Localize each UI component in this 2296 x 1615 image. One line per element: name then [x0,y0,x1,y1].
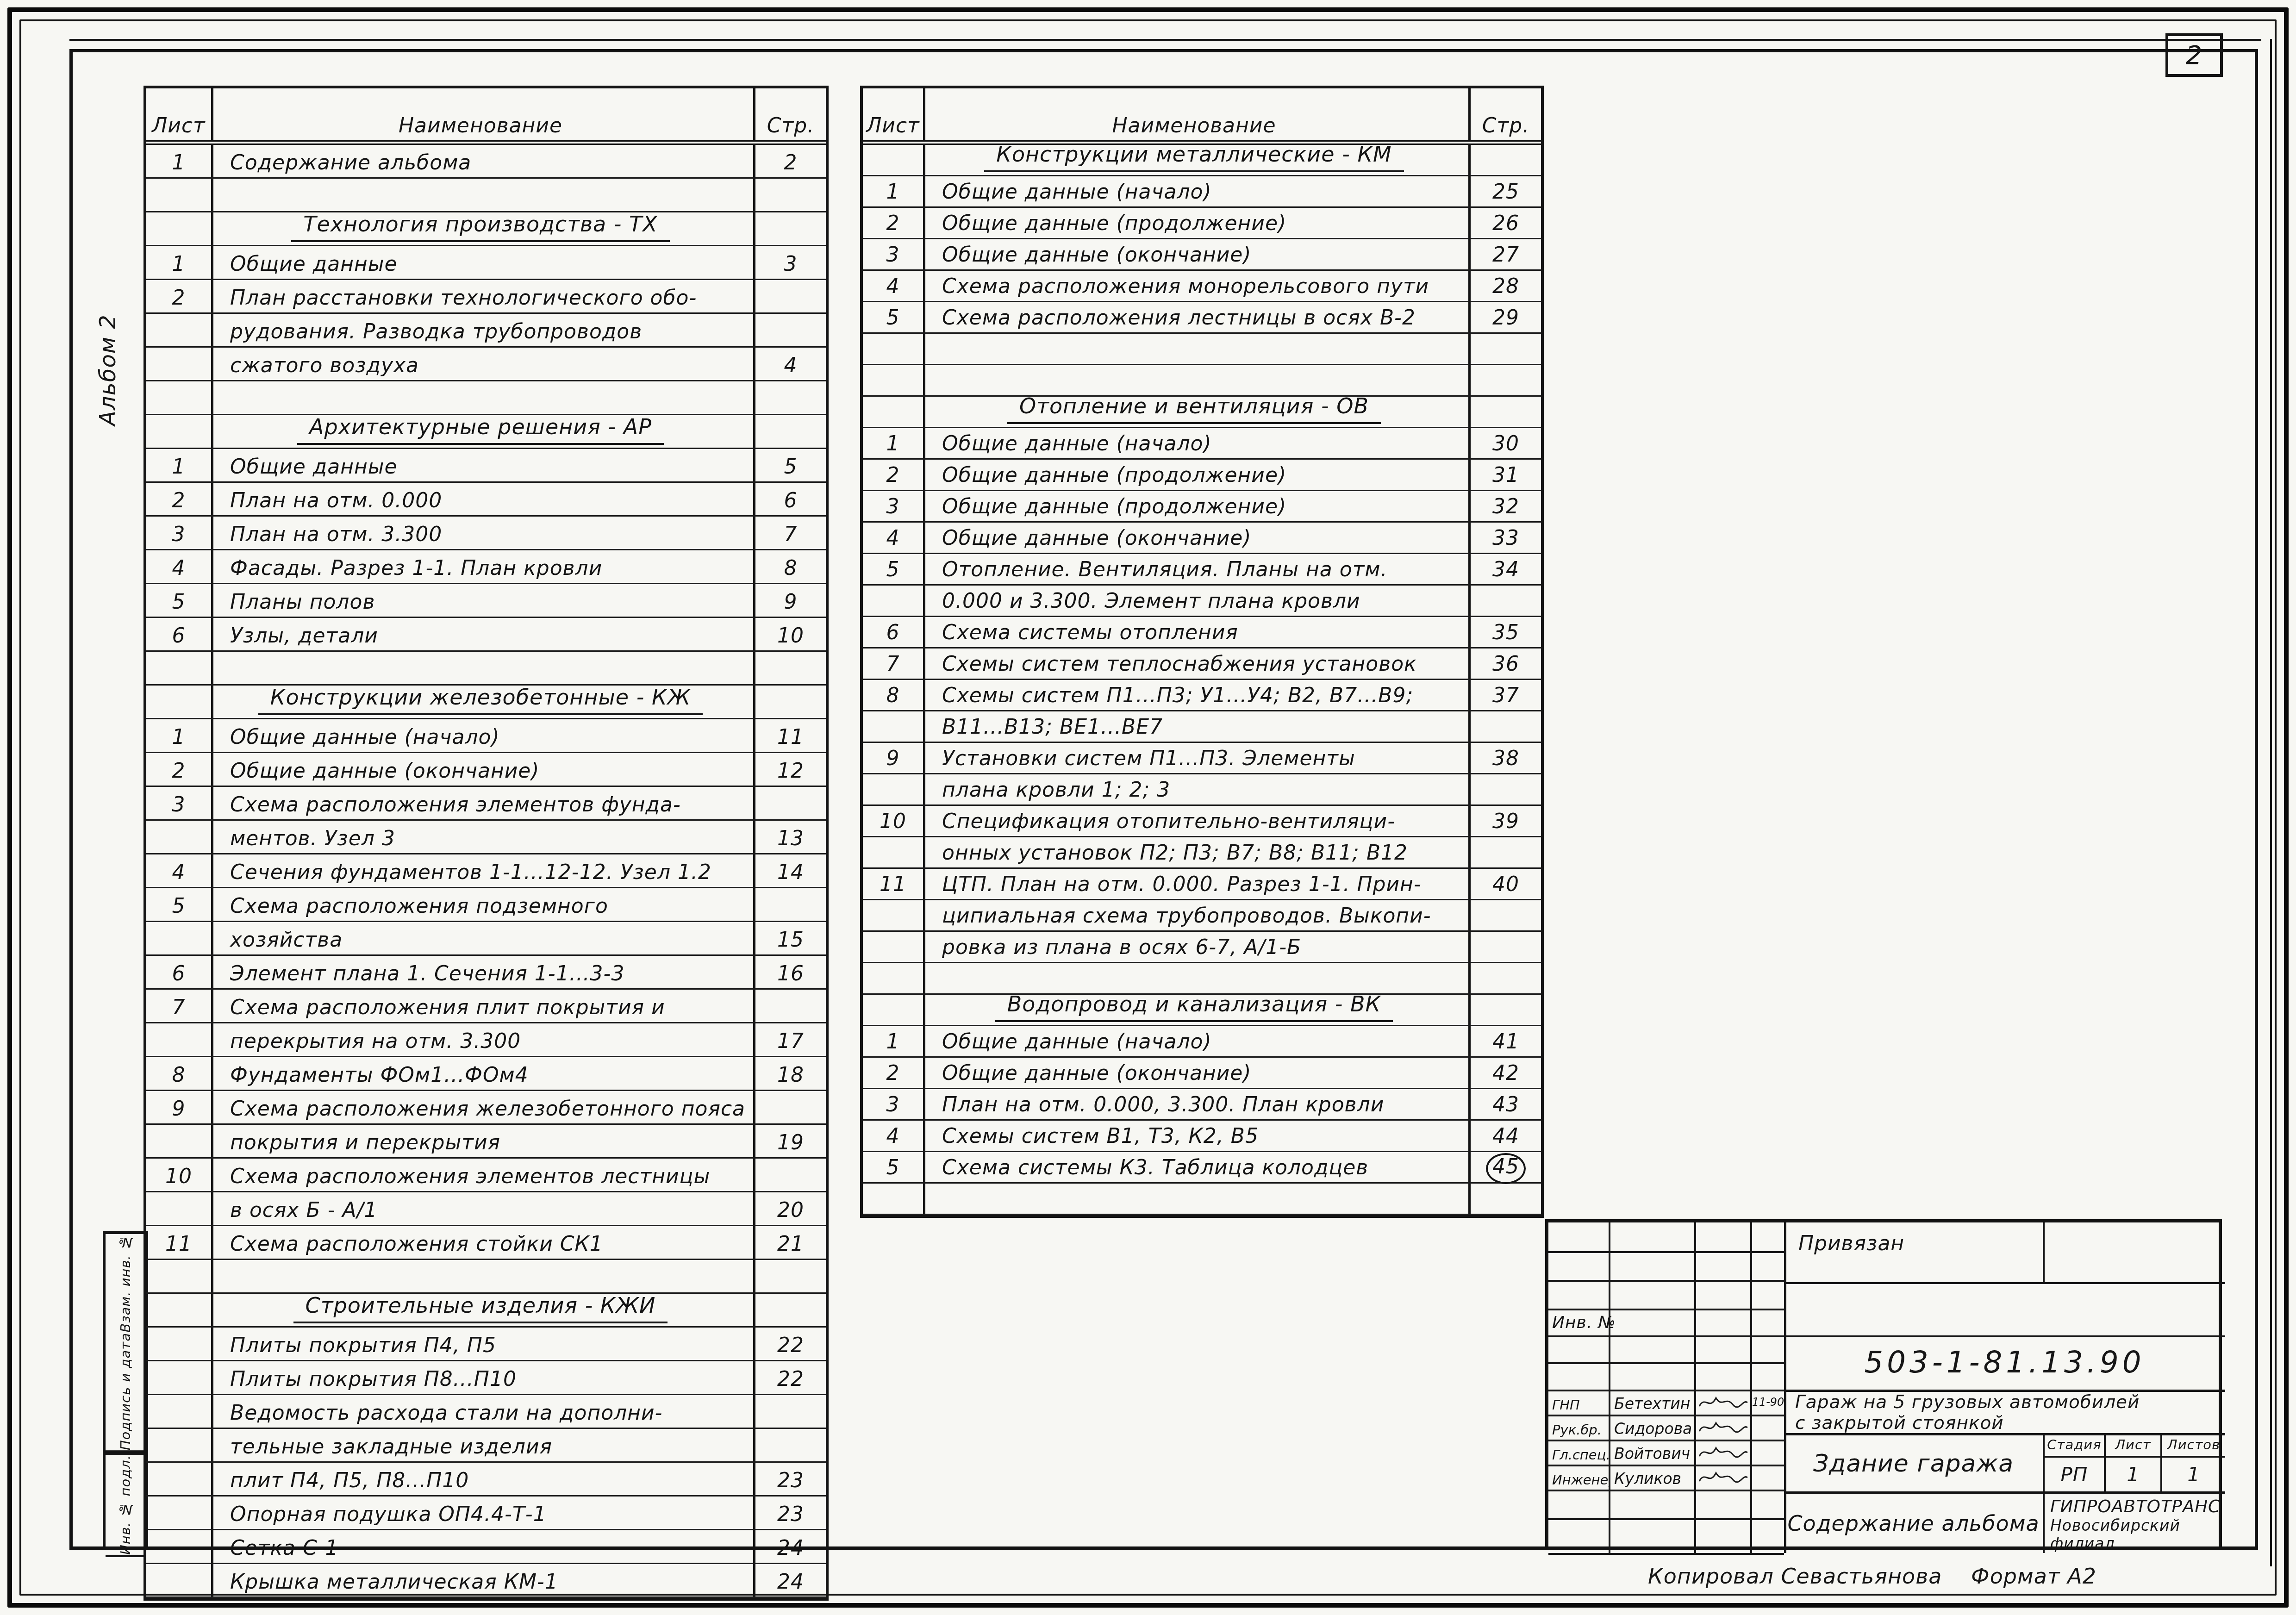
page-number-cell [1471,995,1541,1025]
page-number-cell [1471,837,1541,867]
toc-row: сжатого воздуха4 [146,348,826,381]
sheet-number-cell: 11 [146,1226,213,1259]
sheet-number-cell [863,711,925,742]
tb-doc-number: 503-1-81.13.90 [1784,1335,2225,1390]
tb-date-cell [1752,1335,1784,1362]
toc-row: 3Общие данные (продолжение)32 [863,491,1541,523]
entry-name-cell: ципиальная схема трубопроводов. Выкопи- [925,900,1471,930]
tb-stage-value: РП [2045,1458,2104,1491]
toc-row: ментов. Узел 313 [146,821,826,854]
tb-signature-cell [1696,1280,1752,1309]
toc-row: 1Общие данные3 [146,246,826,280]
tb-signature-cell [1696,1222,1752,1251]
toc-row: 4Сечения фундаментов 1-1...12-12. Узел 1… [146,854,826,888]
sheet-number-cell: 2 [863,460,925,490]
page-number-cell: 19 [755,1125,826,1157]
page-number-cell: 34 [1471,554,1541,584]
tb-role-cell [1548,1251,1610,1280]
page-number-cell [755,1294,826,1326]
toc-section-row: Водопровод и канализация - ВК [863,995,1541,1026]
entry-name-cell: Содержание альбома [213,145,755,177]
sheet-number-cell: 8 [863,680,925,710]
page-number-cell [755,415,826,448]
page-number-cell: 35 [1471,617,1541,647]
tb-grid-row [1548,1335,1784,1364]
stamp-label-podpis: Подпись и дата [106,1333,145,1453]
tb-name-cell: Сидорова [1610,1415,1696,1440]
section-title-cell: Конструкции железобетонные - КЖ [213,686,755,718]
page-number-cell: 45 [1471,1152,1541,1182]
toc-blank-row [146,179,826,212]
tb-stage-label: Стадия [2045,1433,2104,1456]
page-number-cell [755,888,826,921]
page-number-cell: 26 [1471,208,1541,238]
tb-role-cell: Рук.бр. [1548,1415,1610,1440]
entry-name-cell [925,365,1471,395]
toc-row: плит П4, П5, П8...П1023 [146,1463,826,1497]
page-number-cell: 39 [1471,806,1541,836]
sheet-number-cell: 4 [863,1121,925,1151]
tb-role-cell [1548,1490,1610,1518]
entry-name-cell: в осях Б - А/1 [213,1192,755,1225]
toc-row: 9Схема расположения железобетонного пояс… [146,1091,826,1125]
tb-name-cell [1610,1280,1696,1309]
signature-squiggle-icon [1697,1467,1749,1487]
signature-squiggle-icon [1697,1392,1749,1412]
tb-signature-cell [1696,1490,1752,1518]
page-number-cell: 11 [755,719,826,752]
sheet-number-cell [146,686,213,718]
tb-date-cell: 11-90 [1752,1390,1784,1415]
toc-blank-row [146,1260,826,1294]
page-number-cell: 17 [755,1023,826,1056]
sheet-number-cell [146,652,213,684]
page-number-box: 2 [2165,33,2223,77]
toc-row: 2Общие данные (окончание)42 [863,1058,1541,1089]
tb-role-cell [1548,1335,1610,1362]
sheet-number-cell: 4 [863,271,925,301]
page-number-cell: 4 [755,348,826,380]
toc-row: Крышка металлическая КМ-124 [146,1564,826,1598]
sheet-number-cell [146,1294,213,1326]
tb-grid-row [1548,1222,1784,1253]
toc-row: 5Планы полов9 [146,584,826,618]
sheet-number-cell [146,1328,213,1360]
sheet-number-cell: 9 [863,743,925,773]
sheet-number-cell: 3 [863,491,925,521]
toc-table-right: Лист Наименование Стр. Конструкции метал… [860,86,1544,1218]
entry-name-cell: онных установок П2; П3; В7; В8; В11; В12 [925,837,1471,867]
entry-name-cell: Отопление. Вентиляция. Планы на отм. [925,554,1471,584]
header-page: Стр. [1471,88,1541,140]
sheet-number-cell: 6 [146,618,213,650]
toc-section-row: Строительные изделия - КЖИ [146,1294,826,1328]
header-sheet: Лист [863,88,925,140]
toc-row: Опорная подушка ОП4.4-Т-123 [146,1497,826,1530]
sheet-number-cell [146,1192,213,1225]
entry-name-cell: Плиты покрытия П8...П10 [213,1361,755,1394]
entry-name-cell: рудования. Разводка трубопроводов [213,314,755,346]
entry-name-cell: Схема расположения плит покрытия и [213,990,755,1022]
entry-name-cell: Узлы, детали [213,618,755,650]
tb-line [2043,1222,2045,1282]
sheet-number-cell: 8 [146,1057,213,1090]
page-number-cell: 41 [1471,1026,1541,1056]
entry-name-cell: Схемы систем теплоснабжения установок [925,648,1471,679]
toc-row: плана кровли 1; 2; 3 [863,774,1541,806]
toc-row: 6Схема системы отопления35 [863,617,1541,648]
sheet-number-cell: 3 [146,787,213,819]
page-number-cell [1471,774,1541,804]
copy-note: Копировал Севастьянова Формат А2 [1648,1564,2096,1589]
entry-name-cell: Схемы систем П1...П3; У1...У4; В2, В7...… [925,680,1471,710]
page-number-cell [755,179,826,211]
entry-name-cell: Общие данные (окончание) [925,1058,1471,1088]
section-title-cell: Строительные изделия - КЖИ [213,1294,755,1326]
entry-name-cell: ровка из плана в осях 6-7, А/1-Б [925,932,1471,962]
entry-name-cell: Схема расположения железобетонного пояса [213,1091,755,1123]
toc-row: 11Схема расположения стойки СК121 [146,1226,826,1260]
section-title: Строительные изделия - КЖИ [293,1293,668,1323]
page-number-cell: 23 [755,1497,826,1529]
entry-name-cell [213,1260,755,1292]
sheet-number-cell: 5 [863,554,925,584]
tb-signature-cell [1696,1390,1752,1415]
tb-role-cell: Инженер [1548,1465,1610,1490]
page-number-cell [1471,145,1541,175]
toc-section-row: Архитектурные решения - АР [146,415,826,449]
entry-name-cell: Общие данные (окончание) [925,239,1471,269]
page-number-cell [1471,1184,1541,1214]
toc-row: Плиты покрытия П8...П1022 [146,1361,826,1395]
tb-date-cell [1752,1222,1784,1251]
header-name: Наименование [925,88,1471,140]
tb-signature-cell [1696,1309,1752,1335]
circled-page-number: 45 [1486,1153,1526,1184]
entry-name-cell: хозяйства [213,922,755,954]
page-number-cell: 44 [1471,1121,1541,1151]
toc-row: 6Элемент плана 1. Сечения 1-1...3-316 [146,956,826,990]
entry-name-cell: Общие данные (окончание) [925,523,1471,553]
entry-name-cell: перекрытия на отм. 3.300 [213,1023,755,1056]
page-number-cell: 20 [755,1192,826,1225]
sheet-number-cell: 2 [146,753,213,786]
toc-row: Ведомость расхода стали на дополни- [146,1395,826,1429]
sheet-number-cell: 2 [863,208,925,238]
page-number-cell [755,990,826,1022]
tb-date-cell [1752,1309,1784,1335]
entry-name-cell: плит П4, П5, П8...П10 [213,1463,755,1495]
entry-name-cell: Общие данные (окончание) [213,753,755,786]
section-title-cell: Технология производства - ТХ [213,212,755,245]
page-number-cell [755,652,826,684]
toc-row: в осях Б - А/120 [146,1192,826,1226]
page-number-cell: 13 [755,821,826,853]
toc-row: 8Схемы систем П1...П3; У1...У4; В2, В7..… [863,680,1541,711]
toc-row: 10Схема расположения элементов лестницы [146,1159,826,1192]
entry-name-cell: Схема расположения лестницы в осях В-2 [925,302,1471,332]
page-number-cell [1471,711,1541,742]
tb-date-cell [1752,1518,1784,1553]
page-number-cell: 21 [755,1226,826,1259]
toc-row: тельные закладные изделия [146,1429,826,1463]
page-number-cell: 8 [755,550,826,583]
tb-line [1784,1282,2225,1284]
stamp-label-vzam: Взам. инв. № [106,1234,145,1333]
entry-name-cell: План на отм. 3.300 [213,517,755,549]
page-number-cell: 27 [1471,239,1541,269]
entry-name-cell: Общие данные (продолжение) [925,460,1471,490]
toc-row: 1Содержание альбома2 [146,145,826,179]
sheet-number-cell: 3 [146,517,213,549]
entry-name-cell: Ведомость расхода стали на дополни- [213,1395,755,1428]
sheet-number-cell [146,1463,213,1495]
tb-linked-note: Привязан [1798,1232,1904,1255]
toc-section-row: Конструкции металлические - КМ [863,145,1541,176]
toc-row: 10Спецификация отопительно-вентиляци-39 [863,806,1541,837]
toc-row: 4Схема расположения монорельсового пути2… [863,271,1541,302]
frame-right-extra-line [2270,39,2272,1566]
sheet-number-cell [146,1361,213,1394]
page-number-cell: 42 [1471,1058,1541,1088]
entry-name-cell: Сечения фундаментов 1-1...12-12. Узел 1.… [213,854,755,887]
entry-name-cell [925,1184,1471,1214]
toc-row: 3План на отм. 3.3007 [146,517,826,550]
toc-section-row: Технология производства - ТХ [146,212,826,246]
sheet-number-cell: 6 [863,617,925,647]
entry-name-cell: плана кровли 1; 2; 3 [925,774,1471,804]
entry-name-cell [213,381,755,414]
toc-section-row: Конструкции железобетонные - КЖ [146,686,826,719]
sheet-number-cell: 5 [146,888,213,921]
sheet-number-cell [863,365,925,395]
sheet-number-cell [146,415,213,448]
toc-row: 2План расстановки технологического обо- [146,280,826,314]
tb-sheet-label: Лист [2106,1433,2160,1456]
page-number-cell [755,381,826,414]
sheet-number-cell: 1 [146,246,213,279]
toc-section-row: Отопление и вентиляция - ОВ [863,397,1541,428]
tb-date-cell [1752,1440,1784,1465]
page-number-cell: 40 [1471,869,1541,899]
toc-row: 0.000 и 3.300. Элемент плана кровли [863,586,1541,617]
page-number-cell: 22 [755,1361,826,1394]
toc-blank-row [863,963,1541,995]
toc-row: рудования. Разводка трубопроводов [146,314,826,348]
tb-signature-cell [1696,1440,1752,1465]
section-title-cell: Водопровод и канализация - ВК [925,995,1471,1025]
tb-grid-row: Рук.бр.Сидорова [1548,1415,1784,1441]
sheet-number-cell [146,922,213,954]
tb-date-cell [1752,1490,1784,1518]
entry-name-cell: План на отм. 0.000, 3.300. План кровли [925,1089,1471,1119]
tb-role-cell [1548,1362,1610,1390]
toc-row: Сетка С-124 [146,1530,826,1564]
page-number-cell: 3 [755,246,826,279]
sheet-number-cell: 3 [863,1089,925,1119]
sheet-number-cell: 3 [863,239,925,269]
tb-date-cell [1752,1280,1784,1309]
section-title: Водопровод и канализация - ВК [995,991,1393,1022]
entry-name-cell: Планы полов [213,584,755,617]
toc-row: 5Схема расположения подземного [146,888,826,922]
tb-content-title: Содержание альбома [1784,1494,2043,1553]
entry-name-cell: Общие данные (начало) [925,428,1471,458]
toc-row: 3План на отм. 0.000, 3.300. План кровли4… [863,1089,1541,1121]
page-number-cell: 12 [755,753,826,786]
tb-signature-cell [1696,1415,1752,1440]
page-number-cell [755,212,826,245]
toc-row: 5Схема расположения лестницы в осях В-22… [863,302,1541,334]
tb-name-cell [1610,1335,1696,1362]
sheet-number-cell: 7 [863,648,925,679]
entry-name-cell: Общие данные (начало) [925,1026,1471,1056]
sheet-number-cell [863,586,925,616]
page-number-cell [1471,365,1541,395]
page-number-cell [1471,334,1541,364]
sheet-number-cell [146,1395,213,1428]
page-number-cell [755,686,826,718]
sheet-number-cell [146,314,213,346]
entry-name-cell: Спецификация отопительно-вентиляци- [925,806,1471,836]
tb-date-cell [1752,1465,1784,1490]
sheet-number-cell: 9 [146,1091,213,1123]
entry-name-cell: Схема расположения элементов лестницы [213,1159,755,1191]
sheet-number-cell [146,1125,213,1157]
sheet-number-cell: 2 [863,1058,925,1088]
toc-row: 11ЦТП. План на отм. 0.000. Разрез 1-1. П… [863,869,1541,900]
tb-grid-row [1548,1518,1784,1555]
page-number-cell [755,280,826,312]
sheet-number-cell [863,397,925,427]
page-number-cell: 29 [1471,302,1541,332]
sheet-number-cell [146,1023,213,1056]
toc-blank-row [863,1184,1541,1215]
tb-sheets-value: 1 [2162,1458,2225,1491]
sheet-number-cell [146,212,213,245]
header-name: Наименование [213,88,755,140]
page-number-cell: 14 [755,854,826,887]
entry-name-cell: Схема системы К3. Таблица колодцев [925,1152,1471,1182]
toc-row: онных установок П2; П3; В7; В8; В11; В12 [863,837,1541,869]
page-number-cell [1471,963,1541,993]
toc-blank-row [146,381,826,415]
tb-name-cell: Бетехтин [1610,1390,1696,1415]
toc-table-left: Лист Наименование Стр. 1Содержание альбо… [143,86,829,1601]
sheet-number-cell [146,821,213,853]
toc-row: 1Общие данные (начало)30 [863,428,1541,460]
entry-name-cell: ЦТП. План на отм. 0.000. Разрез 1-1. При… [925,869,1471,899]
stamp-label-inv: Инв. № подл. [106,1453,145,1557]
tb-name-cell [1610,1518,1696,1553]
tb-grid-row: ГНПБетехтин11-90 [1548,1390,1784,1416]
toc-row: 2Общие данные (окончание)12 [146,753,826,787]
entry-name-cell [213,179,755,211]
page-number-cell: 36 [1471,648,1541,679]
tb-signature-cell [1696,1465,1752,1490]
section-title-cell: Архитектурные решения - АР [213,415,755,448]
toc-row: 2Общие данные (продолжение)31 [863,460,1541,491]
toc-right-header: Лист Наименование Стр. [863,88,1541,145]
title-block: ГНПБетехтин11-90Рук.бр.СидороваГл.спец.В… [1545,1219,2222,1550]
entry-name-cell: Плиты покрытия П4, П5 [213,1328,755,1360]
page-number-cell: 5 [755,449,826,481]
page-number-cell: 7 [755,517,826,549]
toc-row: 1Общие данные (начало)41 [863,1026,1541,1058]
toc-row: 3Общие данные (окончание)27 [863,239,1541,271]
sheet-number-cell: 1 [146,145,213,177]
toc-row: 4Схемы систем В1, Т3, К2, В544 [863,1121,1541,1152]
entry-name-cell: Элемент плана 1. Сечения 1-1...3-3 [213,956,755,988]
tb-signature-cell [1696,1251,1752,1280]
tb-grid-row [1548,1490,1784,1520]
tb-sheets-label: Листов [2162,1433,2225,1456]
tb-role-cell [1548,1518,1610,1553]
tb-signature-cell [1696,1335,1752,1362]
page-number-cell: 2 [755,145,826,177]
tb-org-line1: ГИПРОАВТОТРАНС [2050,1497,2225,1516]
page-number-cell [1471,900,1541,930]
sheet-number-cell: 5 [146,584,213,617]
tb-name-cell: Куликов [1610,1465,1696,1490]
page-number-cell: 28 [1471,271,1541,301]
tb-signature-cell [1696,1362,1752,1390]
toc-row: 7Схема расположения плит покрытия и [146,990,826,1023]
tb-project-title: Гараж на 5 грузовых автомобилей с закрыт… [1784,1392,2236,1433]
toc-row: 5Схема системы К3. Таблица колодцев45 [863,1152,1541,1184]
sheet-number-cell: 10 [146,1159,213,1191]
toc-row: 3Схема расположения элементов фунда- [146,787,826,821]
toc-right-body: Конструкции металлические - КМ1Общие дан… [863,145,1541,1215]
tb-grid-row [1548,1280,1784,1310]
sheet-number-cell: 1 [863,428,925,458]
toc-row: 4Общие данные (окончание)33 [863,523,1541,554]
tb-date-cell [1752,1251,1784,1280]
sheet-number-cell: 1 [863,1026,925,1056]
page-number-cell: 33 [1471,523,1541,553]
sheet-number-cell: 2 [146,483,213,515]
toc-row: 1Общие данные (начало)11 [146,719,826,753]
toc-blank-row [863,334,1541,365]
page-number-cell [1471,932,1541,962]
entry-name-cell [925,334,1471,364]
sheet-number-cell: 6 [146,956,213,988]
entry-name-cell [925,963,1471,993]
tb-organization: ГИПРОАВТОТРАНС Новосибирский филиал [2050,1497,2225,1554]
page-number-cell: 37 [1471,680,1541,710]
tb-role-cell [1548,1280,1610,1309]
sheet-number-cell [863,334,925,364]
tb-name-cell [1610,1251,1696,1280]
tb-signature-cell [1696,1518,1752,1553]
toc-row: 7Схемы систем теплоснабжения установок36 [863,648,1541,680]
header-sheet: Лист [146,88,213,140]
page-number-cell: 32 [1471,491,1541,521]
entry-name-cell: Сетка С-1 [213,1530,755,1563]
page-number-cell [755,314,826,346]
tb-project-title-line1: Гараж на 5 грузовых автомобилей [1795,1392,2236,1413]
toc-row: ципиальная схема трубопроводов. Выкопи- [863,900,1541,932]
tb-name-cell [1610,1222,1696,1251]
entry-name-cell: Общие данные (продолжение) [925,491,1471,521]
sheet-number-cell [863,963,925,993]
entry-name-cell: покрытия и перекрытия [213,1125,755,1157]
sheet-number-cell [863,1184,925,1214]
sheet-number-cell: 5 [863,302,925,332]
toc-row: 5Отопление. Вентиляция. Планы на отм.34 [863,554,1541,586]
sheet-number-cell: 7 [146,990,213,1022]
page-number-cell: 10 [755,618,826,650]
